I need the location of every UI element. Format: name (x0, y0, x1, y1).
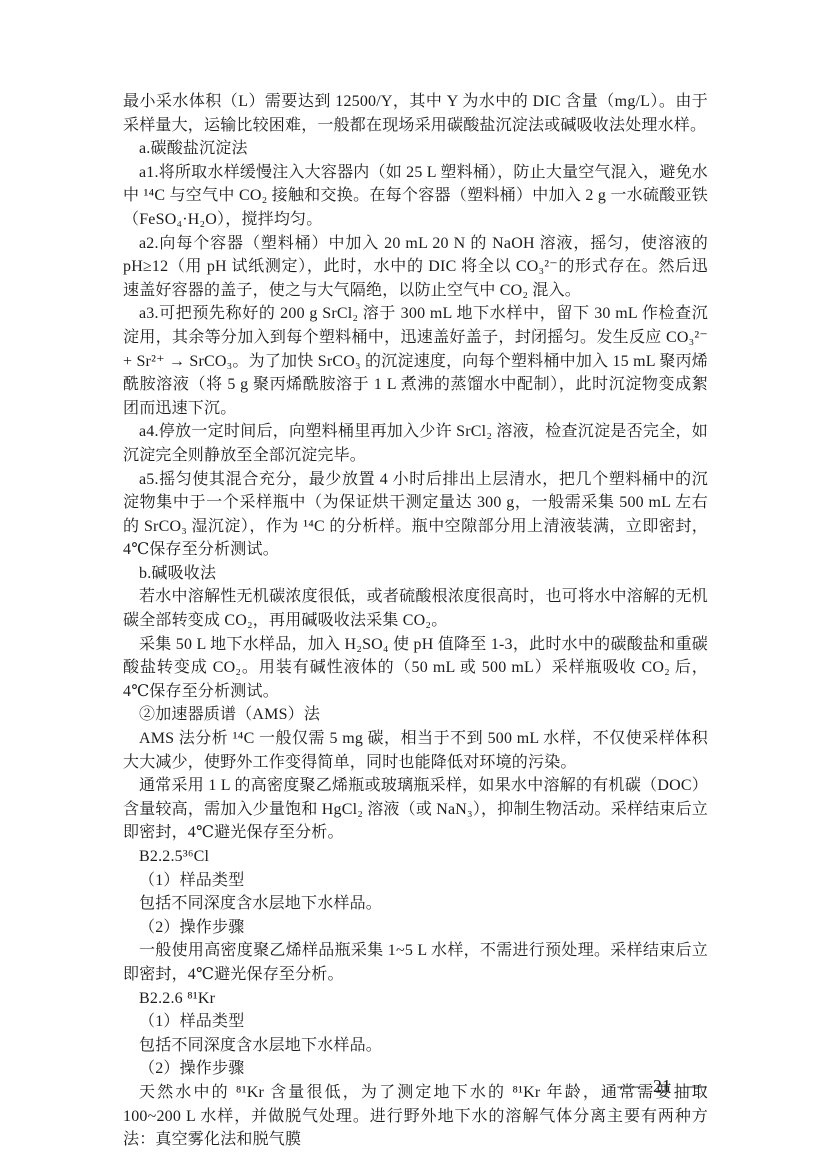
paragraph: 包括不同深度含水层地下水样品。 (123, 1034, 708, 1058)
page-number: 21 (653, 1074, 671, 1098)
paragraph-heading-b226-kr81: B2.2.6 ⁸¹Kr (123, 987, 708, 1011)
footer-dash-right: — (684, 1074, 706, 1098)
paragraph-step-a2: a2.向每个容器（塑料桶）中加入 20 mL 20 N 的 NaOH 溶液，摇匀… (123, 232, 708, 303)
paragraph-sample-type-label: （1）样品类型 (123, 1010, 708, 1034)
paragraph-step-a4: a4.停放一定时间后，向塑料桶里再加入少许 SrCl₂ 溶液，检查沉淀是否完全，… (123, 420, 708, 467)
paragraph: 一般使用高密度聚乙烯样品瓶采集 1~5 L 水样，不需进行预处理。采样结束后立即… (123, 939, 708, 986)
footer-dash-left: — (617, 1074, 639, 1098)
paragraph-procedure-label: （2）操作步骤 (123, 916, 708, 940)
paragraph: 通常采用 1 L 的高密度聚乙烯瓶或玻璃瓶采样，如果水中溶解的有机碳（DOC）含… (123, 774, 708, 845)
document-page: 最小采水体积（L）需要达到 12500/Y，其中 Y 为水中的 DIC 含量（m… (0, 0, 826, 1169)
paragraph: 包括不同深度含水层地下水样品。 (123, 892, 708, 916)
paragraph-heading-a: a.碳酸盐沉淀法 (123, 137, 708, 161)
paragraph-sample-type-label: （1）样品类型 (123, 869, 708, 893)
paragraph: 最小采水体积（L）需要达到 12500/Y，其中 Y 为水中的 DIC 含量（m… (123, 90, 708, 137)
page-body-text: 最小采水体积（L）需要达到 12500/Y，其中 Y 为水中的 DIC 含量（m… (123, 90, 708, 1152)
paragraph-heading-b: b.碱吸收法 (123, 562, 708, 586)
paragraph: AMS 法分析 ¹⁴C 一般仅需 5 mg 碳，相当于不到 500 mL 水样，… (123, 727, 708, 774)
paragraph-heading-ams: ②加速器质谱（AMS）法 (123, 703, 708, 727)
paragraph-heading-b225-cl36: B2.2.5³⁶Cl (123, 845, 708, 869)
paragraph-step-a3: a3.可把预先称好的 200 g SrCl₂ 溶于 300 mL 地下水样中，留… (123, 302, 708, 420)
page-footer: — 21 — (620, 1074, 704, 1098)
paragraph-step-a5: a5.摇匀使其混合充分，最少放置 4 小时后排出上层清水，把几个塑料桶中的沉淀物… (123, 468, 708, 562)
paragraph: 采集 50 L 地下水样品，加入 H₂SO₄ 使 pH 值降至 1-3，此时水中… (123, 633, 708, 704)
paragraph: 若水中溶解性无机碳浓度很低，或者硫酸根浓度很高时，也可将水中溶解的无机碳全部转变… (123, 585, 708, 632)
paragraph-step-a1: a1.将所取水样缓慢注入大容器内（如 25 L 塑料桶），防止大量空气混入，避免… (123, 161, 708, 232)
